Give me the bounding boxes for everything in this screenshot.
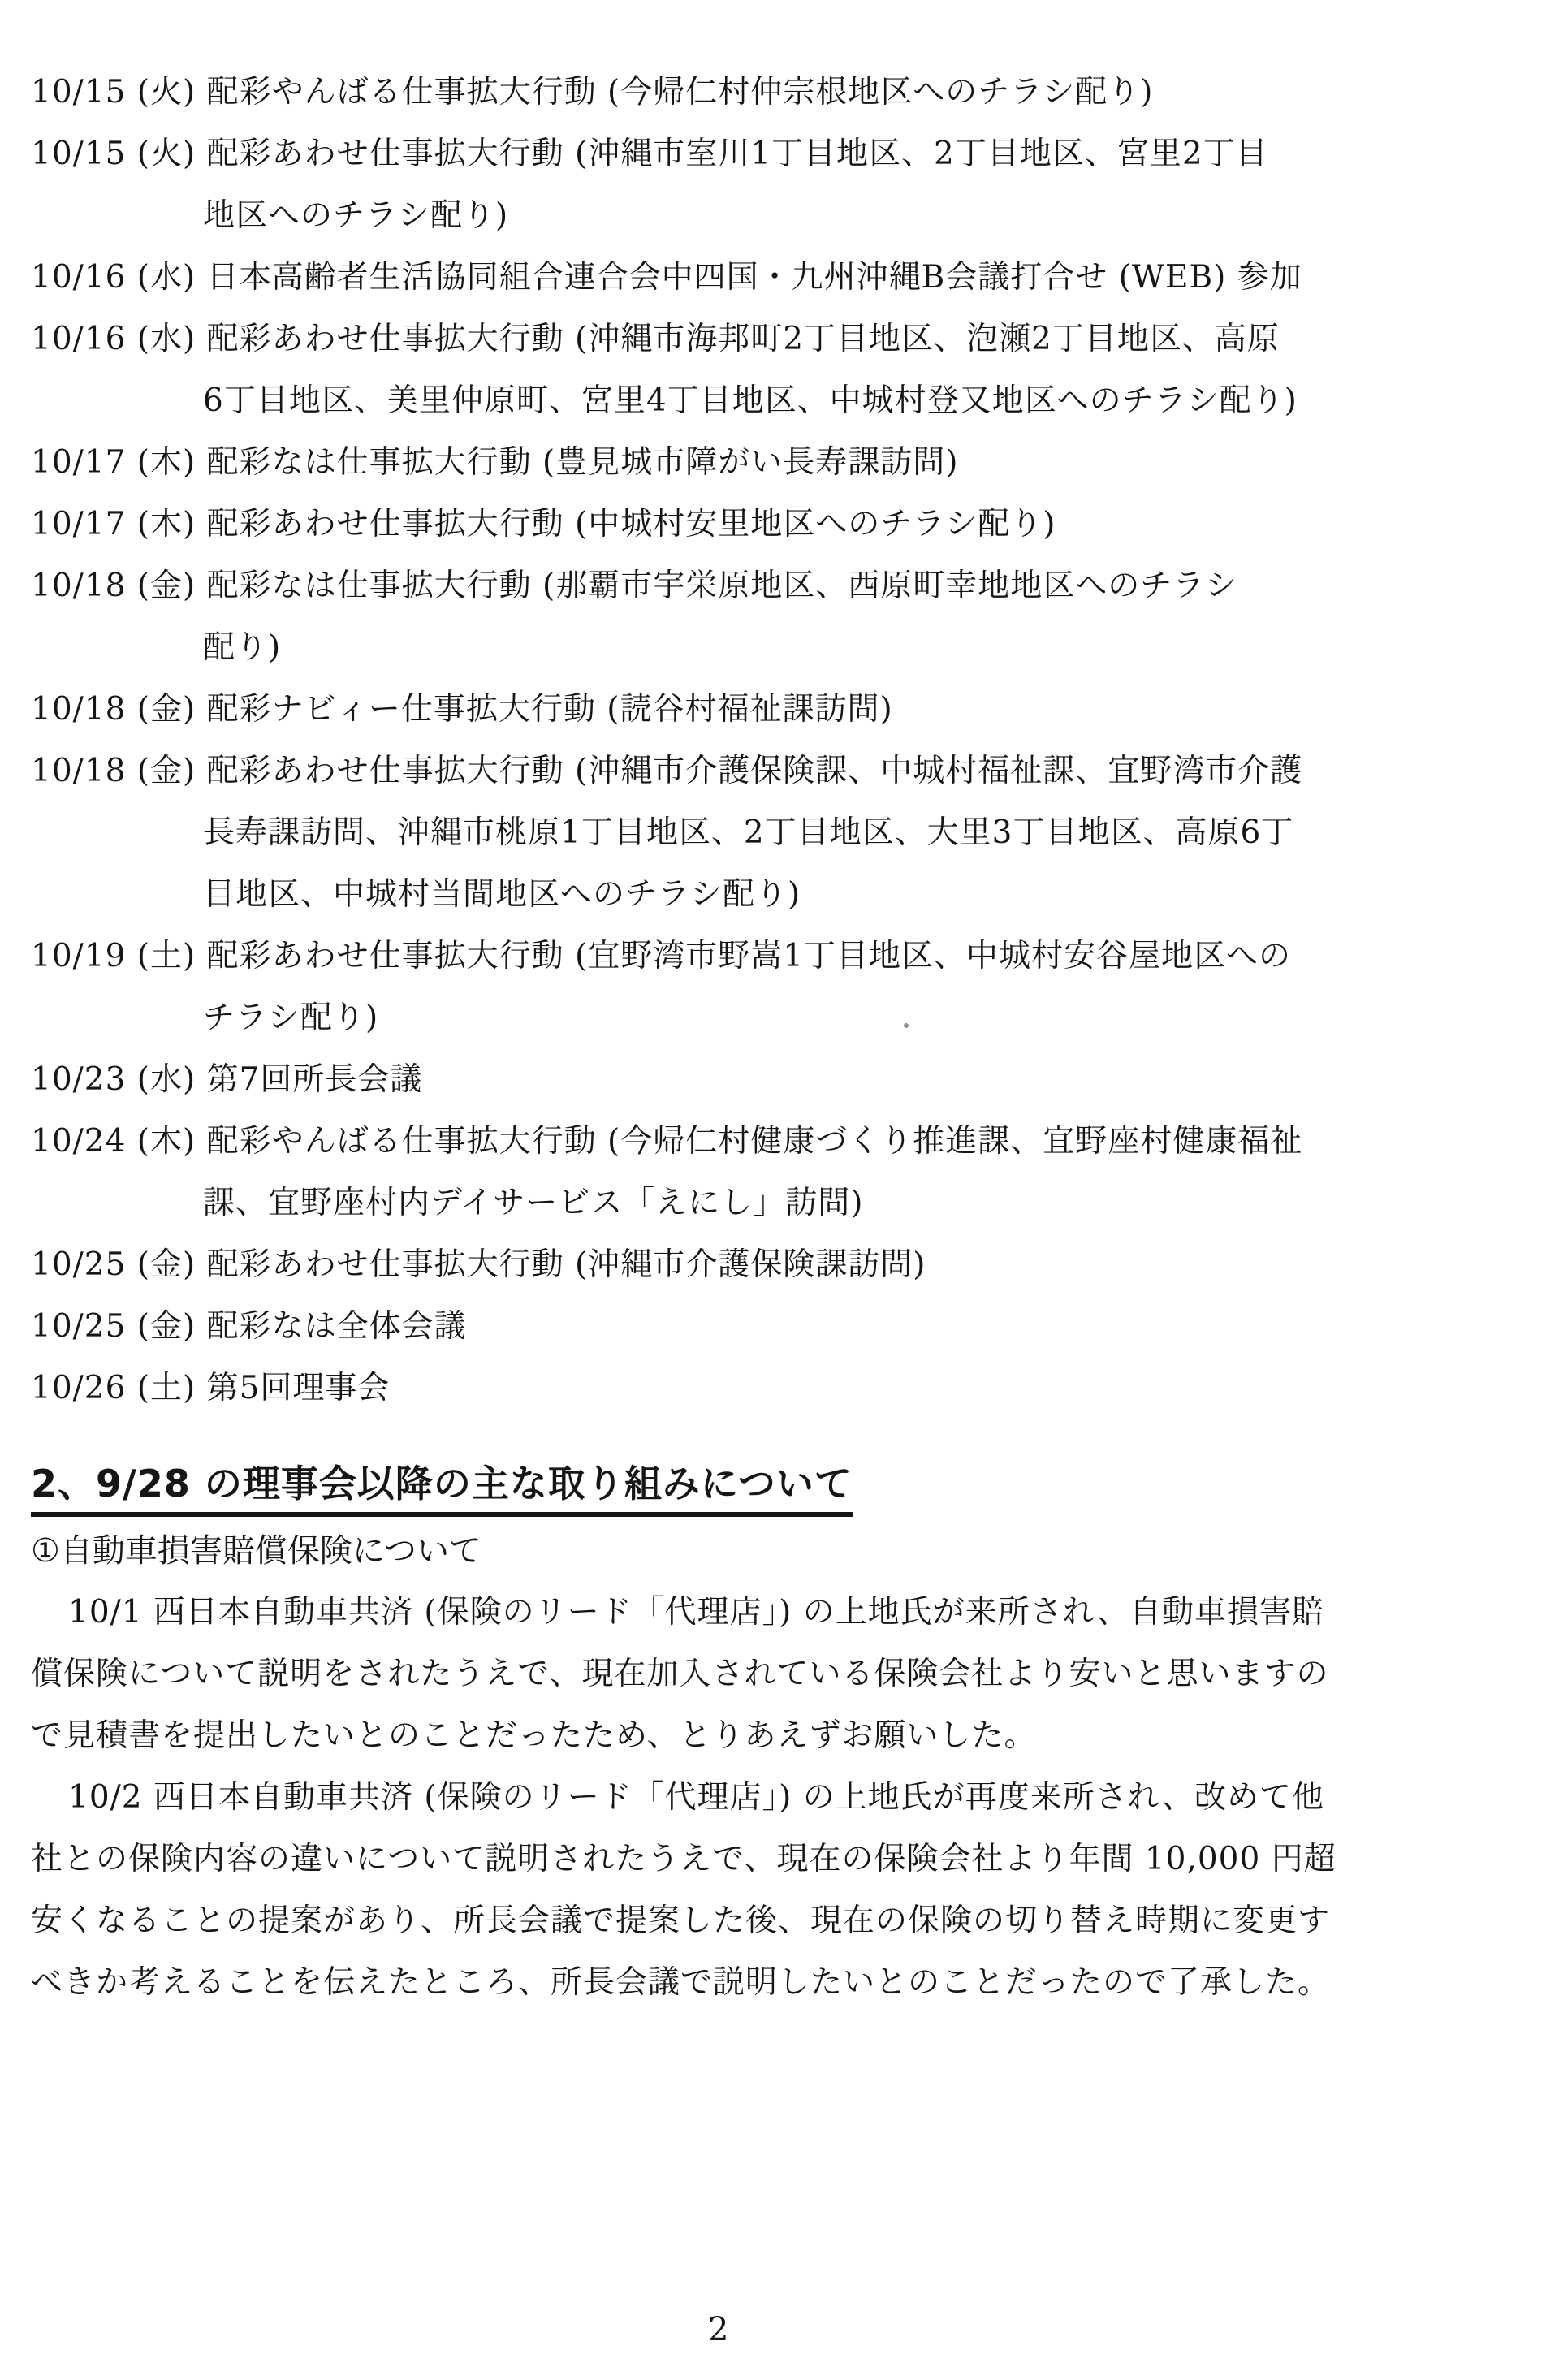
paragraph-line: 10/1 西日本自動車共済 (保険のリード「代理店」) の上地氏が来所され、自動… (31, 1582, 1525, 1644)
schedule-line-text: 10/26 (土) 第5回理事会 (31, 1370, 390, 1406)
schedule-line-text: 10/25 (金) 配彩なは全体会議 (31, 1308, 467, 1345)
section-heading: 2、9/28 の理事会以降の主な取り組みについて (31, 1465, 853, 1517)
schedule-line-text: 10/16 (水) 日本高齢者生活協同組合連合会中四国・九州沖縄B会議打合せ (… (31, 259, 1302, 296)
scan-artifact-dot (904, 1023, 909, 1028)
schedule-line: 10/17 (木) 配彩あわせ仕事拡大行動 (中城村安里地区へのチラシ配り) (31, 494, 1525, 555)
schedule-line: 長寿課訪問、沖縄市桃原1丁目地区、2丁目地区、大里3丁目地区、高原6丁 (31, 802, 1525, 864)
schedule-line: 10/23 (水) 第7回所長会議 (31, 1049, 1525, 1111)
schedule-line: チラシ配り) (31, 987, 1525, 1049)
schedule-line: 10/16 (水) 日本高齢者生活協同組合連合会中四国・九州沖縄B会議打合せ (… (31, 247, 1525, 309)
schedule-line: 10/17 (木) 配彩なは仕事拡大行動 (豊見城市障がい長寿課訪問) (31, 432, 1525, 494)
schedule-line-text: 10/16 (水) 配彩あわせ仕事拡大行動 (沖縄市海邦町2丁目地区、泡瀬2丁目… (31, 321, 1280, 357)
schedule-line-text: 10/25 (金) 配彩あわせ仕事拡大行動 (沖縄市介護保険課訪問) (31, 1246, 926, 1283)
schedule-line-text: 10/17 (木) 配彩なは仕事拡大行動 (豊見城市障がい長寿課訪問) (31, 444, 958, 481)
schedule-line-text: 配り) (203, 629, 281, 666)
schedule-line: 6丁目地区、美里仲原町、宮里4丁目地区、中城村登又地区へのチラシ配り) (31, 370, 1525, 432)
schedule-line-text: 地区へのチラシ配り) (203, 197, 508, 234)
schedule-line: 10/19 (土) 配彩あわせ仕事拡大行動 (宜野湾市野嵩1丁目地区、中城村安谷… (31, 926, 1525, 987)
schedule-line-text: 課、宜野座村内デイサービス「えにし」訪問) (203, 1185, 864, 1221)
schedule-line: 10/18 (金) 配彩なは仕事拡大行動 (那覇市宇栄原地区、西原町幸地地区への… (31, 555, 1525, 617)
schedule-list: 10/15 (火) 配彩やんばる仕事拡大行動 (今帰仁村仲宗根地区へのチラシ配り… (31, 62, 1525, 1419)
schedule-line: 目地区、中城村当間地区へのチラシ配り) (31, 864, 1525, 926)
paragraph-line: 償保険について説明をされたうえで、現在加入されている保険会社より安いと思いますの (31, 1644, 1525, 1705)
section-heading-row: 2、9/28 の理事会以降の主な取り組みについて (31, 1465, 1525, 1517)
schedule-line: 10/26 (土) 第5回理事会 (31, 1358, 1525, 1419)
paragraph-line-text: 10/1 西日本自動車共済 (保険のリード「代理店」) の上地氏が来所され、自動… (68, 1594, 1324, 1631)
schedule-line: 10/16 (水) 配彩あわせ仕事拡大行動 (沖縄市海邦町2丁目地区、泡瀬2丁目… (31, 309, 1525, 370)
schedule-line-text: 10/15 (火) 配彩あわせ仕事拡大行動 (沖縄市室川1丁目地区、2丁目地区、… (31, 136, 1268, 172)
page-number: 2 (708, 2311, 728, 2348)
schedule-line-text: 10/19 (土) 配彩あわせ仕事拡大行動 (宜野湾市野嵩1丁目地区、中城村安谷… (31, 938, 1291, 974)
schedule-line: 10/18 (金) 配彩ナビィー仕事拡大行動 (読谷村福祉課訪問) (31, 679, 1525, 741)
paragraph-line-text: 安くなることの提案があり、所長会議で提案した後、現在の保険の切り替え時期に変更す (31, 1903, 1330, 1939)
schedule-line: 10/15 (火) 配彩やんばる仕事拡大行動 (今帰仁村仲宗根地区へのチラシ配り… (31, 62, 1525, 123)
paragraph-line-text: 10/2 西日本自動車共済 (保険のリード「代理店」) の上地氏が再度来所され、… (68, 1779, 1324, 1816)
body-paragraphs: 10/1 西日本自動車共済 (保険のリード「代理店」) の上地氏が来所され、自動… (31, 1582, 1525, 2014)
paragraph-line: 10/2 西日本自動車共済 (保険のリード「代理店」) の上地氏が再度来所され、… (31, 1767, 1525, 1829)
paragraph-line-text: 社との保険内容の違いについて説明されたうえで、現在の保険会社より年間 10,00… (31, 1841, 1337, 1877)
paragraph-line-text: 償保険について説明をされたうえで、現在加入されている保険会社より安いと思いますの (31, 1656, 1328, 1692)
subsection-heading: ①自動車損害賠償保険について (31, 1520, 1525, 1582)
schedule-line: 10/24 (木) 配彩やんばる仕事拡大行動 (今帰仁村健康づくり推進課、宜野座… (31, 1111, 1525, 1173)
schedule-line: 配り) (31, 617, 1525, 679)
paragraph-line: べきか考えることを伝えたところ、所長会議で説明したいとのことだったので了承した。 (31, 1952, 1525, 2014)
schedule-line-text: チラシ配り) (203, 1000, 378, 1036)
schedule-line-text: 6丁目地区、美里仲原町、宮里4丁目地区、中城村登又地区へのチラシ配り) (203, 382, 1298, 419)
schedule-line-text: 10/18 (金) 配彩ナビィー仕事拡大行動 (読谷村福祉課訪問) (31, 691, 893, 728)
paragraph-line: 安くなることの提案があり、所長会議で提案した後、現在の保険の切り替え時期に変更す (31, 1890, 1525, 1952)
schedule-line: 10/18 (金) 配彩あわせ仕事拡大行動 (沖縄市介護保険課、中城村福祉課、宜… (31, 741, 1525, 802)
schedule-line-text: 10/18 (金) 配彩なは仕事拡大行動 (那覇市宇栄原地区、西原町幸地地区への… (31, 568, 1237, 604)
schedule-line-text: 目地区、中城村当間地区へのチラシ配り) (203, 876, 801, 913)
schedule-line: 10/25 (金) 配彩あわせ仕事拡大行動 (沖縄市介護保険課訪問) (31, 1234, 1525, 1296)
page-content: 10/15 (火) 配彩やんばる仕事拡大行動 (今帰仁村仲宗根地区へのチラシ配り… (31, 62, 1525, 2014)
schedule-line: 地区へのチラシ配り) (31, 185, 1525, 247)
schedule-line-text: 長寿課訪問、沖縄市桃原1丁目地区、2丁目地区、大里3丁目地区、高原6丁 (203, 814, 1293, 851)
schedule-line: 10/15 (火) 配彩あわせ仕事拡大行動 (沖縄市室川1丁目地区、2丁目地区、… (31, 123, 1525, 185)
schedule-line: 課、宜野座村内デイサービス「えにし」訪問) (31, 1173, 1525, 1234)
paragraph-line-text: で見積書を提出したいとのことだったため、とりあえずお願いした。 (31, 1717, 1036, 1754)
schedule-line: 10/25 (金) 配彩なは全体会議 (31, 1296, 1525, 1358)
schedule-line-text: 10/15 (火) 配彩やんばる仕事拡大行動 (今帰仁村仲宗根地区へのチラシ配り… (31, 74, 1153, 110)
document-page: 10/15 (火) 配彩やんばる仕事拡大行動 (今帰仁村仲宗根地区へのチラシ配り… (0, 0, 1546, 2380)
schedule-line-text: 10/23 (水) 第7回所長会議 (31, 1061, 422, 1098)
paragraph-line-text: べきか考えることを伝えたところ、所長会議で説明したいとのことだったので了承した。 (31, 1964, 1330, 2001)
schedule-line-text: 10/17 (木) 配彩あわせ仕事拡大行動 (中城村安里地区へのチラシ配り) (31, 506, 1056, 542)
schedule-line-text: 10/18 (金) 配彩あわせ仕事拡大行動 (沖縄市介護保険課、中城村福祉課、宜… (31, 753, 1302, 789)
paragraph-line: で見積書を提出したいとのことだったため、とりあえずお願いした。 (31, 1705, 1525, 1767)
schedule-line-text: 10/24 (木) 配彩やんばる仕事拡大行動 (今帰仁村健康づくり推進課、宜野座… (31, 1123, 1302, 1160)
paragraph-line: 社との保険内容の違いについて説明されたうえで、現在の保険会社より年間 10,00… (31, 1829, 1525, 1890)
